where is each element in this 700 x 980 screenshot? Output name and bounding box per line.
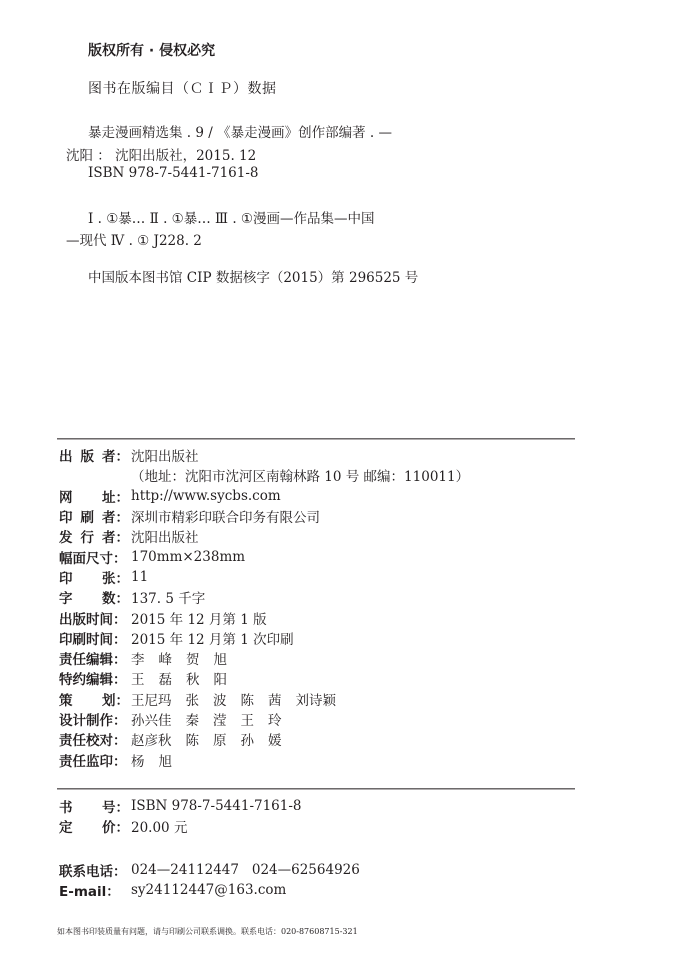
publisher-label: 出版者：	[59, 445, 129, 465]
imprint-details: 出版者： 沈阳出版社 （地址：沈阳市沈河区南翰林路 10 号 邮编：110011…	[59, 445, 469, 770]
divider	[57, 438, 575, 440]
cip-line-record-number: 中国版本图书馆 CIP 数据核字（2015）第 296525 号	[88, 266, 418, 286]
publish-date-row: 出版时间： 2015 年 12 月第 1 版	[59, 607, 469, 627]
special-editor-row: 特约编辑： 王磊秋阳	[59, 668, 469, 688]
price-row: 定价： 20.00 元	[59, 816, 302, 836]
contact-details: 联系电话： 024—24112447 024—62564926 E-mail： …	[59, 860, 360, 901]
distributor-label: 发行者：	[59, 526, 129, 546]
editor-row: 责任编辑： 李峰贺旭	[59, 648, 469, 668]
supervisor-names: 杨旭	[129, 750, 186, 770]
distributor-row: 发行者： 沈阳出版社	[59, 526, 469, 546]
price-value: 20.00 元	[129, 816, 187, 836]
address-row: （地址：沈阳市沈河区南翰林路 10 号 邮编：110011）	[59, 465, 469, 485]
book-details: 书号： ISBN 978-7-5441-7161-8 定价： 20.00 元	[59, 796, 302, 837]
planner-row: 策划： 王尼玛张波陈茜刘诗颖	[59, 689, 469, 709]
email-link[interactable]: sy24112447@163.com	[129, 882, 286, 898]
editor-names: 李峰贺旭	[129, 648, 241, 668]
planner-label: 策划：	[59, 689, 129, 709]
proofreader-names: 赵彦秋陈原孙媛	[129, 729, 296, 749]
special-editor-label: 特约编辑：	[59, 668, 129, 688]
size-label: 幅面尺寸：	[59, 547, 129, 567]
publish-date-value: 2015 年 12 月第 1 版	[129, 608, 267, 628]
sheets-value: 11	[129, 569, 148, 585]
word-count-row: 字数： 137. 5 千字	[59, 587, 469, 607]
size-row: 幅面尺寸： 170mm×238mm	[59, 546, 469, 566]
supervisor-row: 责任监印： 杨旭	[59, 749, 469, 769]
design-row: 设计制作： 孙兴佳秦滢王玲	[59, 709, 469, 729]
publisher-row: 出版者： 沈阳出版社	[59, 445, 469, 465]
editor-label: 责任编辑：	[59, 648, 129, 668]
printer-row: 印刷者： 深圳市精彩印联合印务有限公司	[59, 506, 469, 526]
price-label: 定价：	[59, 816, 129, 836]
publish-date-label: 出版时间：	[59, 608, 129, 628]
print-date-label: 印刷时间：	[59, 628, 129, 648]
email-row: E-mail： sy24112447@163.com	[59, 880, 360, 900]
printer-value: 深圳市精彩印联合印务有限公司	[129, 506, 320, 526]
proofread-row: 责任校对： 赵彦秋陈原孙媛	[59, 729, 469, 749]
designer-names: 孙兴佳秦滢王玲	[129, 709, 296, 729]
distributor-value: 沈阳出版社	[129, 526, 199, 546]
supervisor-label: 责任监印：	[59, 750, 129, 770]
design-label: 设计制作：	[59, 709, 129, 729]
sheets-label: 印张：	[59, 567, 129, 587]
phone-label: 联系电话：	[59, 860, 129, 880]
cip-line-publisher: 沈阳 ： 沈阳出版社，2015. 12	[66, 144, 256, 164]
print-date-row: 印刷时间： 2015 年 12 月第 1 次印刷	[59, 628, 469, 648]
cip-line-title: 暴走漫画精选集 . 9 / 《暴走漫画》创作部编著 . —	[88, 121, 392, 141]
isbn-value: ISBN 978-7-5441-7161-8	[129, 798, 302, 814]
quality-notice: 如本图书印装质量有问题，请与印刷公司联系调换。联系电话：020-87608715…	[57, 926, 358, 937]
website-link[interactable]: http://www.sycbs.com	[129, 488, 281, 504]
isbn-label: 书号：	[59, 796, 129, 816]
word-count-value: 137. 5 千字	[129, 587, 205, 607]
address-value: （地址：沈阳市沈河区南翰林路 10 号 邮编：110011）	[131, 465, 469, 485]
phone-row: 联系电话： 024—24112447 024—62564926	[59, 860, 360, 880]
cip-line-isbn: ISBN 978-7-5441-7161-8	[88, 165, 259, 181]
cip-heading: 图书在版编目（ＣＩＰ）数据	[88, 78, 277, 98]
isbn-row: 书号： ISBN 978-7-5441-7161-8	[59, 796, 302, 816]
cip-line-classification-cont: —现代 Ⅳ . ① J228. 2	[66, 229, 202, 249]
website-row: 网址： http://www.sycbs.com	[59, 486, 469, 506]
copyright-notice: 版权所有 · 侵权必究	[88, 40, 215, 60]
divider	[57, 788, 575, 790]
word-count-label: 字数：	[59, 587, 129, 607]
proofread-label: 责任校对：	[59, 729, 129, 749]
phone-numbers: 024—24112447 024—62564926	[129, 862, 360, 878]
sheets-row: 印张： 11	[59, 567, 469, 587]
size-value: 170mm×238mm	[129, 549, 245, 565]
printer-label: 印刷者：	[59, 506, 129, 526]
email-label: E-mail：	[59, 880, 129, 900]
print-date-value: 2015 年 12 月第 1 次印刷	[129, 628, 294, 648]
publisher-value: 沈阳出版社	[129, 445, 199, 465]
special-editor-names: 王磊秋阳	[129, 668, 241, 688]
cip-line-classification: Ⅰ . ①暴… Ⅱ . ①暴… Ⅲ . ①漫画—作品集—中国	[88, 207, 375, 227]
planner-names: 王尼玛张波陈茜刘诗颖	[129, 689, 350, 709]
website-label: 网址：	[59, 486, 129, 506]
